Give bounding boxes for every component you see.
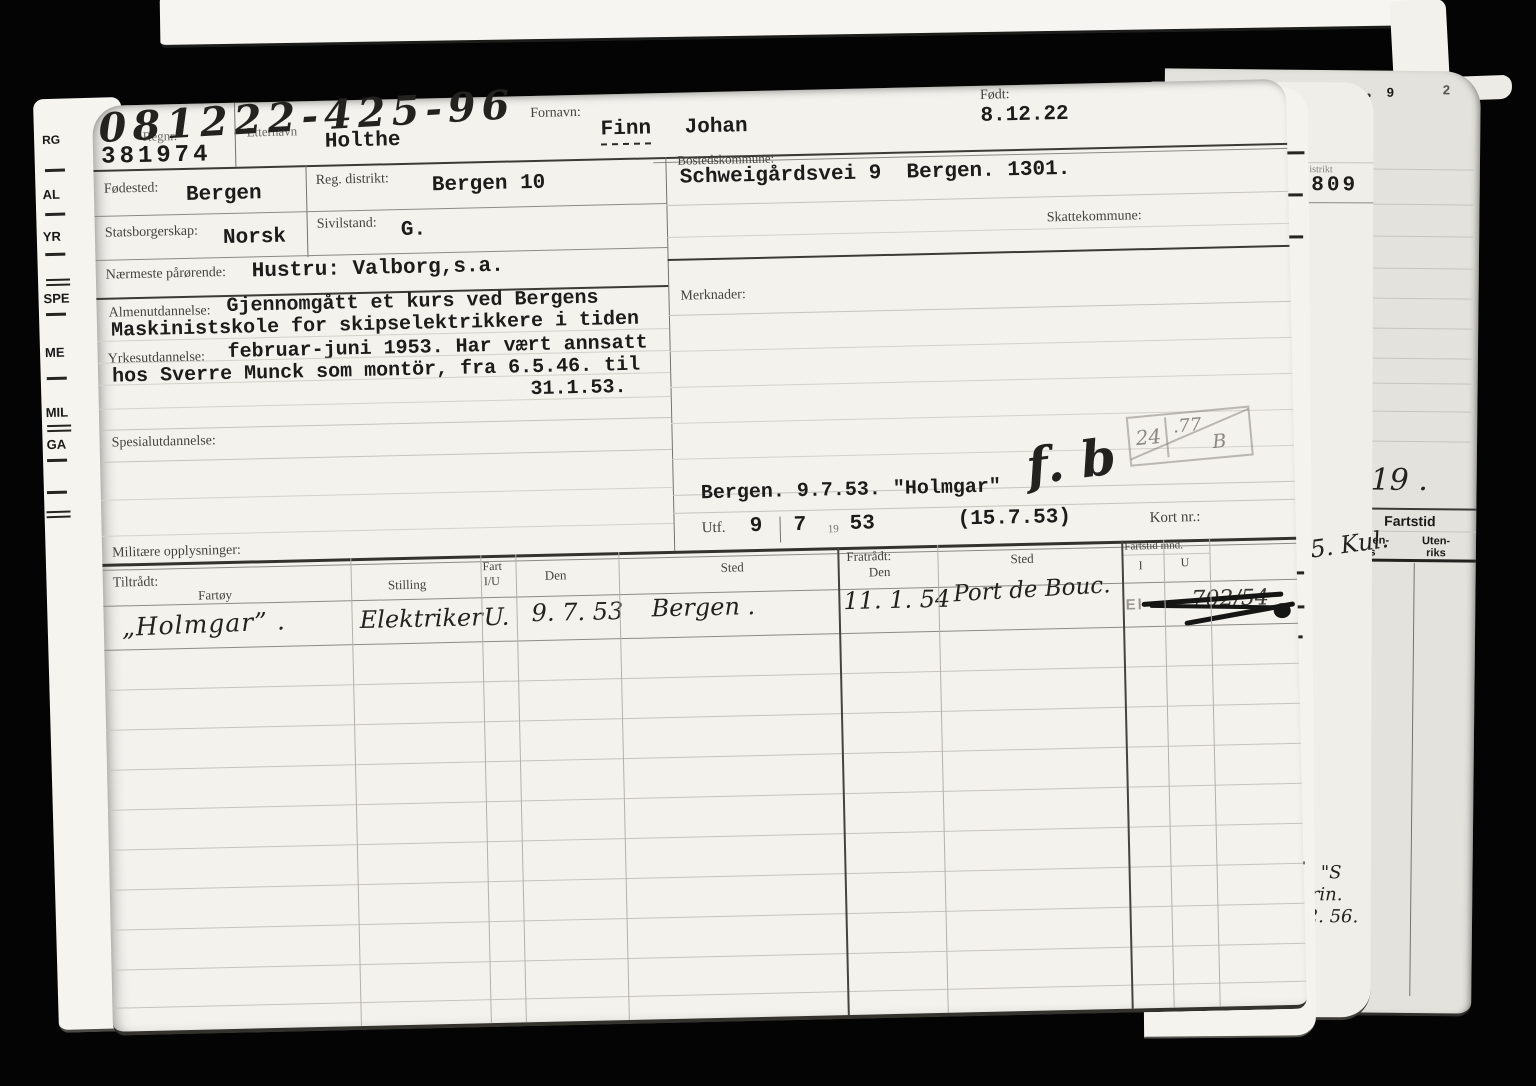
- rule-line: [1359, 267, 1473, 269]
- column-line: [837, 547, 850, 1015]
- statsborgerskap-value: Norsk: [223, 226, 287, 250]
- rule-line: [1364, 203, 1474, 205]
- edge-dash: [46, 283, 70, 286]
- row1-fratradt-sted: Port de Bouc.: [953, 572, 1112, 607]
- utf-date-paren: (15.7.53): [957, 506, 1071, 532]
- statsborgerskap-label: Statsborgerskap:: [105, 224, 198, 242]
- section-fragment: SPE: [43, 290, 69, 306]
- rule-line: [109, 823, 1303, 851]
- column-line: [618, 552, 630, 1020]
- section-fragment: GA: [46, 437, 66, 453]
- rule-line: [666, 191, 1288, 206]
- rule-line: [94, 203, 666, 217]
- utf-day: 9: [749, 515, 762, 538]
- edge-dash: [47, 516, 71, 519]
- rule-line: [110, 863, 1304, 891]
- rule-line: [670, 337, 1292, 352]
- column-line: [1409, 563, 1415, 996]
- handwriting-fragment: "S: [1321, 862, 1342, 883]
- spesialutdannelse-label: Spesialutdannelse:: [111, 433, 216, 451]
- edge-dash: [45, 213, 65, 217]
- number-fragment: 809: [1311, 174, 1358, 197]
- edge-dash: [47, 459, 67, 463]
- stamp-divider: [1164, 417, 1169, 457]
- etternavn-value: Holthe: [325, 129, 401, 154]
- edge-dash: [46, 511, 70, 514]
- row1-sted: Bergen .: [651, 592, 755, 622]
- fratradt-col-den: Den: [869, 564, 891, 580]
- table-top-rule: [102, 537, 1296, 567]
- fodested-value: Bergen: [186, 182, 262, 207]
- col-fart: Fart: [482, 559, 502, 574]
- divider: [665, 157, 675, 551]
- col-u: U: [1180, 555, 1189, 570]
- scribble-blot: [1274, 603, 1291, 618]
- rule-line: [100, 449, 672, 463]
- utf-year-prefix: 19: [828, 523, 839, 535]
- fornavn-first-value: Finn: [600, 117, 651, 145]
- col-stilling: Stilling: [388, 577, 427, 594]
- rule-line: [1361, 235, 1473, 237]
- edge-dash: [46, 313, 66, 317]
- rule-line: [1356, 357, 1472, 359]
- section-fragment: ME: [45, 345, 65, 361]
- edge-dash: [46, 278, 70, 281]
- rule-line: [1121, 553, 1209, 556]
- edge-mark: 9: [1387, 85, 1394, 100]
- militaere-label: Militære opplysninger:: [112, 543, 241, 562]
- edge-mark: 2: [1443, 82, 1450, 97]
- merknader-label: Merknader:: [680, 287, 746, 304]
- utf-year: 53: [849, 512, 875, 536]
- rule-line: [667, 223, 1289, 238]
- rule-line: [112, 981, 1306, 1009]
- rule-line: [107, 743, 1301, 771]
- fartstid-header: Fartstid: [1384, 513, 1436, 530]
- row1-fratradt-den: 11. 1. 54: [843, 585, 950, 615]
- section-fragment: MIL: [46, 405, 69, 421]
- edge-dash: [47, 424, 71, 427]
- fratradt-col-sted: Sted: [1010, 551, 1033, 568]
- section-fragment: YR: [43, 229, 61, 244]
- top-card-edge: [160, 0, 1433, 48]
- col-fart-iu: I/U: [484, 574, 500, 589]
- fornavn-middle-value: Johan: [684, 115, 748, 139]
- scanned-archive-page: 7 9 2 19 . Fartstid Innen-riks Uten-riks…: [0, 0, 1536, 1086]
- fartstid-mnd-label: Fartstid mnd.: [1124, 539, 1183, 552]
- rule-line: [671, 373, 1293, 388]
- handwritten-number-fragment: 19 .: [1370, 463, 1428, 499]
- kort-nr-label: Kort nr.:: [1149, 509, 1200, 527]
- fodt-label: Født:: [980, 87, 1010, 104]
- fornavn-label: Fornavn:: [530, 105, 581, 122]
- reg-distrikt-label: Reg. distrikt:: [316, 171, 389, 189]
- edge-dash: [47, 429, 71, 432]
- utenriks-header: Uten-riks: [1422, 535, 1450, 559]
- edge-dash: [47, 377, 67, 381]
- fratradt-label: Fratrådt:: [846, 548, 891, 565]
- tiltradt-label: Tiltrådt:: [113, 575, 159, 592]
- rule-line: [1356, 327, 1472, 329]
- rule-line: [106, 703, 1300, 731]
- rule-line: [669, 301, 1291, 316]
- row1-fartoy: „Holmgar” .: [121, 606, 286, 642]
- row1-stilling: Elektriker: [359, 603, 483, 634]
- rule-line: [1359, 297, 1473, 299]
- rule-line: [668, 245, 1290, 261]
- edge-dash: [45, 169, 65, 173]
- regnr-value: 381974: [101, 141, 212, 170]
- sivilstand-label: Sivilstand:: [317, 216, 377, 233]
- rule-line: [1303, 202, 1373, 203]
- fodt-value: 8.12.22: [980, 103, 1069, 128]
- rule-line: [99, 417, 671, 431]
- parorende-value: Hustru: Valborg,s.a.: [252, 255, 505, 284]
- utf-label: Utf.: [702, 520, 726, 538]
- handwritten-signature: f. b: [1023, 426, 1119, 496]
- column-line: [515, 554, 527, 1022]
- section-fragment: RG: [42, 133, 60, 147]
- col-fartoy: Fartøy: [198, 587, 232, 604]
- pencil-stamp-box: 24 .77 B: [1126, 406, 1254, 467]
- rule-line: [105, 663, 1299, 691]
- row1-den: 9. 7. 53: [531, 597, 623, 627]
- reg-distrikt-value: Bergen 10: [432, 172, 546, 198]
- rule-line: [101, 487, 673, 501]
- divider: [779, 516, 781, 542]
- fodested-label: Fødested:: [104, 181, 159, 198]
- rule-line: [111, 903, 1305, 931]
- rule-line: [112, 943, 1306, 971]
- rule-line: [1369, 169, 1474, 171]
- edge-dash: [47, 491, 67, 495]
- rule-line: [1354, 507, 1476, 510]
- registration-card: Regnr. Etternavn 081222-425-96 381974 Ho…: [92, 79, 1307, 1036]
- stamp-value: B: [1211, 430, 1227, 453]
- sivilstand-value: G.: [401, 218, 427, 242]
- skattekommune-label: Skattekommune:: [1047, 208, 1142, 226]
- section-fragment: AL: [42, 187, 60, 202]
- handwriting-fragment: rin.: [1311, 884, 1343, 905]
- utf-month: 7: [793, 514, 806, 537]
- col-den: Den: [545, 567, 567, 583]
- column-line: [937, 545, 949, 1013]
- edge-dash: [45, 253, 65, 257]
- rule-line: [99, 396, 671, 410]
- registration-line: Bergen. 9.7.53. "Holmgar": [701, 475, 1002, 505]
- rule-line: [108, 783, 1302, 811]
- col-sted: Sted: [720, 559, 743, 576]
- rule-line: [102, 523, 674, 537]
- parorende-label: Nærmeste pårørende:: [106, 265, 226, 284]
- rule-line: [103, 543, 1297, 571]
- col-i: I: [1139, 558, 1143, 573]
- row1-fart-iu: U.: [483, 603, 509, 632]
